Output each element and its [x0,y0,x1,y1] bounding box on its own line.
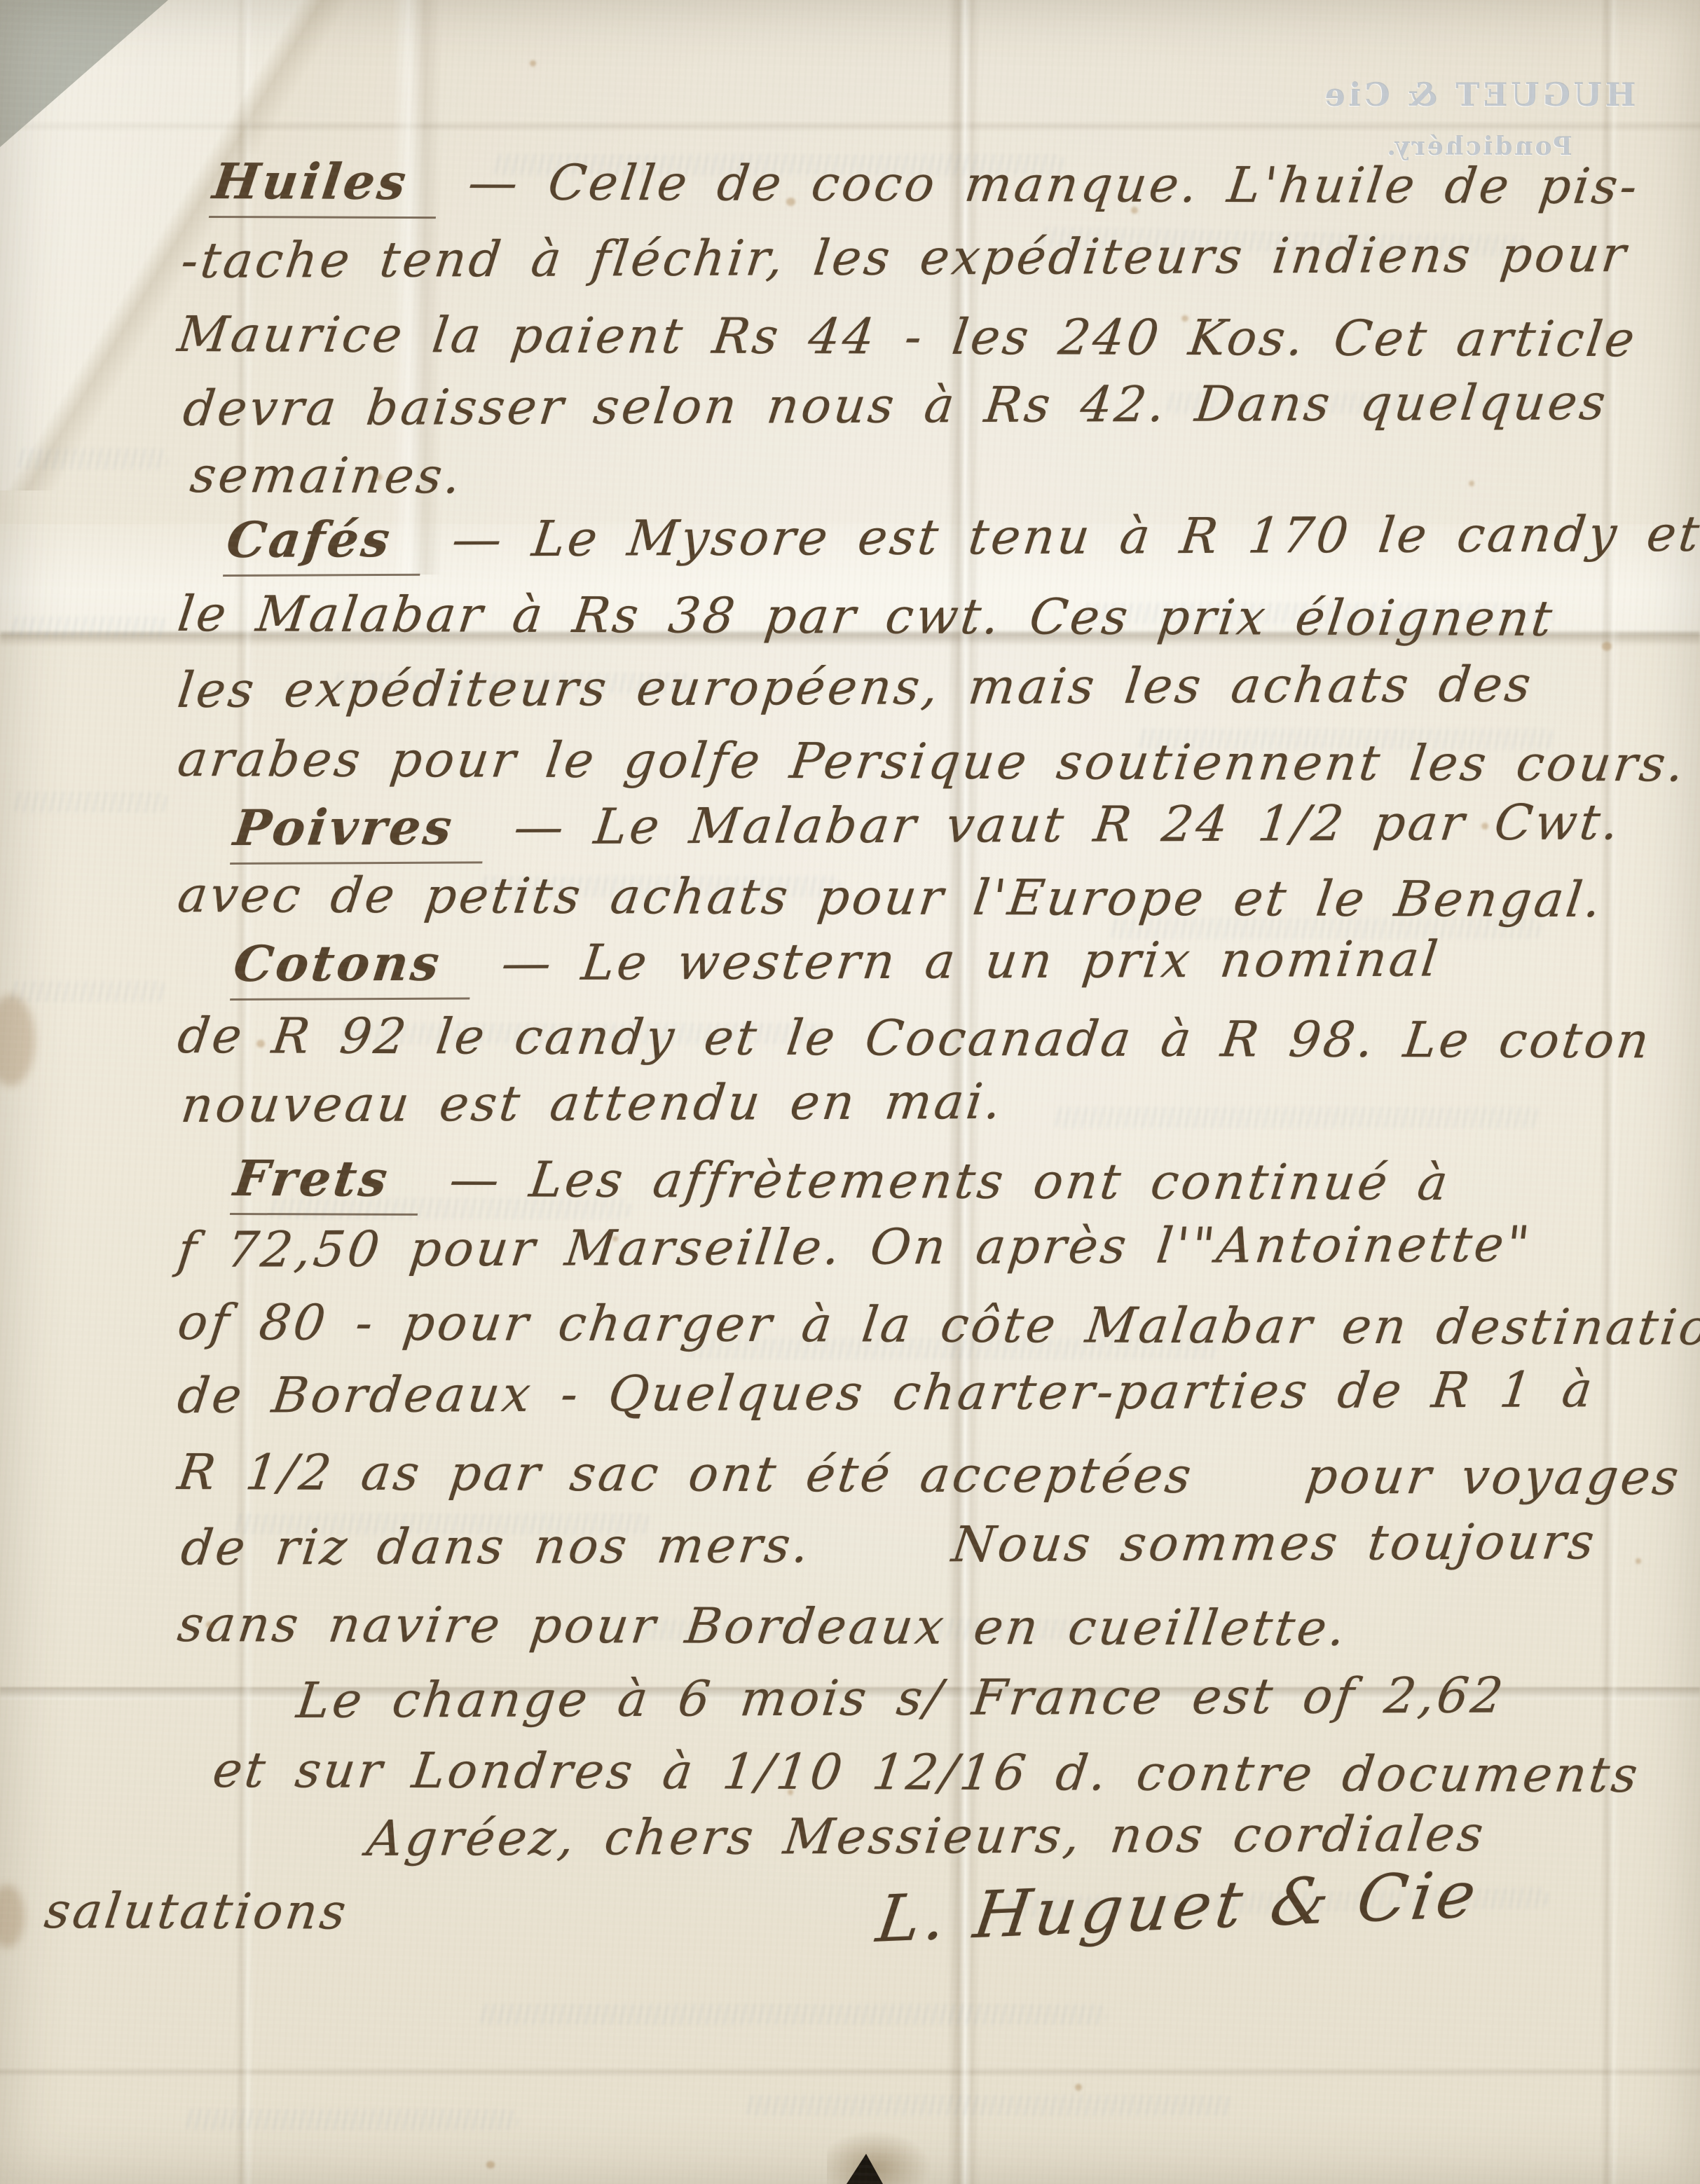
section-heading-huiles: Huiles [209,152,444,219]
section-heading-poivres: Poivres [230,797,490,865]
foxing-spot [1075,2084,1082,2091]
letter-line: Huiles — Celle de coco manque. L'huile d… [210,157,1643,211]
letter-page: HUGUET & Cie Pondichéry. Huiles — Celle … [0,0,1700,2184]
tear-shadow [827,2130,932,2184]
foxing-spot [935,1173,942,1180]
line-text: nouveau est attendu en mai. [178,1073,1007,1134]
line-text: avec de petits achats pour l'Europe et l… [174,866,1607,928]
foxing-spot [376,474,383,481]
letter-line: de riz dans nos mers. Nous sommes toujou… [179,1517,1599,1572]
signature: L. Huguet & Cie [872,1857,1484,1957]
foxing-spot [788,1790,793,1795]
line-text: — Le Malabar vaut R 24 1/2 par Cwt. [483,793,1624,856]
letter-line: Poivres — Le Malabar vaut R 24 1/2 par C… [231,797,1624,853]
foxing-spot [1602,642,1612,651]
letter-body: Huiles — Celle de coco manque. L'huile d… [0,0,1700,2184]
line-text: de riz dans nos mers. Nous sommes toujou… [178,1513,1600,1577]
letter-line: f 72,50 pour Marseille. On après l'"Anto… [175,1220,1535,1275]
line-text: — Le western a un prix nominal [470,930,1444,991]
letter-line: et sur Londres à 1/10 12/16 d. contre do… [210,1745,1643,1799]
foxing-spot [206,1621,213,1628]
letter-line: devra baisser selon nous à Rs 42. Dans q… [181,378,1611,433]
letter-line: of 80 - pour charger à la côte Malabar e… [175,1298,1700,1352]
letter-line: Cotons — Le western a un prix nominal [231,934,1443,989]
letter-line: -tache tend à fléchir, les expéditeurs i… [179,230,1631,285]
letter-line: de R 92 le candy et le Cocanada à R 98. … [175,1011,1654,1065]
line-text: Maurice la paient Rs 44 - les 240 Kos. C… [174,305,1640,368]
letter-line: nouveau est attendu en mai. [179,1077,1006,1129]
line-text: arabes pour le golfe Persique soutiennen… [174,730,1689,793]
section-heading-frets: Frets [230,1149,425,1216]
letter-line: Agréez, chers Messieurs, nos cordiales [364,1809,1488,1863]
letter-line: Cafés — Le Mysore est tenu à R 170 le ca… [224,509,1700,565]
foxing-spot [612,1236,618,1242]
foxing-spot [256,1040,265,1048]
line-text: — Celle de coco manque. L'huile de pis- [437,153,1643,215]
foxing-spot [486,2161,495,2169]
line-text: Agréez, chers Messieurs, nos cordiales [364,1805,1489,1867]
line-text: le Malabar à Rs 38 par cwt. Ces prix élo… [174,585,1558,647]
letter-line: les expéditeurs européens, mais les acha… [175,660,1536,715]
section-heading-cotons: Cotons [230,934,477,1001]
line-text: — Le Mysore est tenu à R 170 le candy et [421,505,1700,568]
line-text: de Bordeaux - Quelques charter-parties d… [174,1361,1598,1424]
letter-line: Maurice la paient Rs 44 - les 240 Kos. C… [175,310,1640,364]
letter-line: de Bordeaux - Quelques charter-parties d… [175,1365,1598,1420]
letter-line: Frets — Les affrètements ont continué à [231,1154,1453,1207]
line-text: Le change à 6 mois s/ France est of 2,62 [294,1666,1509,1729]
letter-line: semaines. [188,451,466,500]
letter-line: R 1/2 as par sac ont été acceptées pour … [175,1448,1684,1502]
foxing-spot [1469,481,1474,486]
line-text: — Les affrètements ont continué à [418,1151,1454,1211]
line-text: sans navire pour Bordeaux en cueillette. [174,1595,1351,1657]
letter-line: arabes pour le golfe Persique soutiennen… [175,734,1689,789]
line-text: -tache tend à fléchir, les expéditeurs i… [178,226,1631,289]
foxing-spot [530,60,536,67]
letter-line: le Malabar à Rs 38 par cwt. Ces prix élo… [175,589,1557,643]
line-text: semaines. [187,446,467,504]
line-text: salutations [41,1882,352,1941]
foxing-spot [1481,823,1488,830]
letter-line: salutations [42,1886,351,1937]
foxing-spot [1131,207,1138,214]
foxing-spot [1181,315,1188,322]
line-text: et sur Londres à 1/10 12/16 d. contre do… [210,1741,1643,1804]
line-text: devra baisser selon nous à Rs 42. Dans q… [180,373,1611,437]
foxing-spot [1285,1832,1291,1837]
letter-line: Le change à 6 mois s/ France est of 2,62 [294,1670,1508,1725]
line-text: les expéditeurs européens, mais les acha… [174,656,1536,719]
letter-line: avec de petits achats pour l'Europe et l… [175,870,1606,924]
letter-line: sans navire pour Bordeaux en cueillette. [175,1600,1350,1653]
foxing-spot [1636,1558,1641,1564]
foxing-spot [786,198,795,206]
line-text: f 72,50 pour Marseille. On après l'"Anto… [174,1216,1535,1279]
line-text: R 1/2 as par sac ont été acceptées pour … [174,1443,1685,1506]
line-text: of 80 - pour charger à la côte Malabar e… [174,1293,1700,1357]
section-heading-cafes: Cafés [223,510,427,577]
line-text: de R 92 le candy et le Cocanada à R 98. … [174,1007,1654,1069]
